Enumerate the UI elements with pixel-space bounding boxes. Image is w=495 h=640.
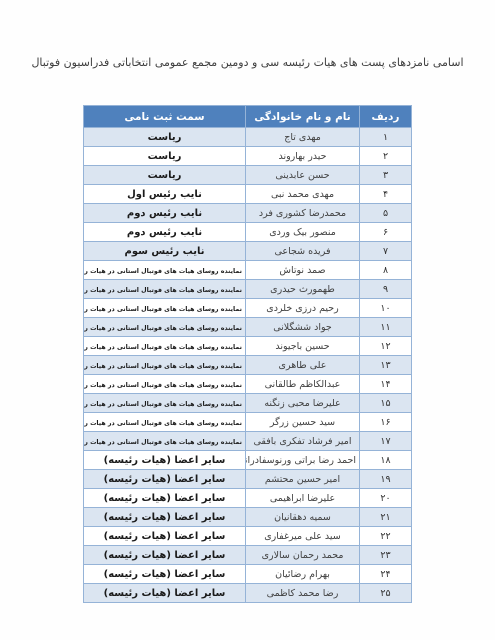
registered-position: ریاست xyxy=(148,170,182,181)
candidate-name: مهدی محمد نبی xyxy=(246,185,360,204)
row-number: ۶ xyxy=(360,223,412,242)
row-number: ۱۳ xyxy=(360,356,412,375)
candidate-name: جواد ششگلانی xyxy=(246,318,360,337)
registered-position: نماینده روسای هیات های فوتبال استانی در … xyxy=(84,382,243,389)
registered-position: ریاست xyxy=(148,151,182,162)
candidate-name: علی طاهری xyxy=(246,356,360,375)
row-number: ۱۷ xyxy=(360,432,412,451)
row-number: ۳ xyxy=(360,166,412,185)
column-header-name: نام و نام خانوادگی xyxy=(246,106,360,128)
registered-position: نایب رئیس دوم xyxy=(127,208,202,219)
candidate-name: حیدر بهاروند xyxy=(246,147,360,166)
candidate-name: سید حسین زرگر xyxy=(246,413,360,432)
column-header-row-number: ردیف xyxy=(360,106,412,128)
registered-position: سایر اعضا (هیات رئیسه) xyxy=(104,531,226,542)
table-row: ۱ مهدی تاج ریاست xyxy=(84,128,412,147)
table-row: ۲۲ سید علی میرغفاری سایر اعضا (هیات رئیس… xyxy=(84,527,412,546)
row-number: ۱۵ xyxy=(360,394,412,413)
row-number: ۲۵ xyxy=(360,584,412,603)
table-row: ۱۲ حسین باجیوند نماینده روسای هیات های ف… xyxy=(84,337,412,356)
candidate-name: طهمورث حیدری xyxy=(246,280,360,299)
row-number: ۴ xyxy=(360,185,412,204)
registered-position: نماینده روسای هیات های فوتبال استانی در … xyxy=(84,363,243,370)
registered-position: سایر اعضا (هیات رئیسه) xyxy=(104,512,226,523)
table-body: ۱ مهدی تاج ریاست ۲ حیدر بهاروند ریاست ۳ … xyxy=(84,128,412,603)
registered-position: سایر اعضا (هیات رئیسه) xyxy=(104,455,226,466)
document-page: اسامی نامزدهای پست های هیات رئیسه سی و د… xyxy=(0,0,495,640)
registered-position: نماینده روسای هیات های فوتبال استانی در … xyxy=(84,401,243,408)
candidate-name: محمد رحمان سالاری xyxy=(246,546,360,565)
candidate-name: امیر حسین محتشم xyxy=(246,470,360,489)
candidates-table: ردیف نام و نام خانوادگی سمت ثبت نامی ۱ م… xyxy=(83,105,412,603)
column-header-position: سمت ثبت نامی xyxy=(84,106,246,128)
candidate-name: صمد نوتاش xyxy=(246,261,360,280)
table-row: ۳ حسن عابدینی ریاست xyxy=(84,166,412,185)
row-number: ۱۱ xyxy=(360,318,412,337)
registered-position: نماینده روسای هیات های فوتبال استانی در … xyxy=(84,439,243,446)
candidate-name: حسن عابدینی xyxy=(246,166,360,185)
row-number: ۱۹ xyxy=(360,470,412,489)
registered-position: نایب رئیس اول xyxy=(127,189,202,200)
table-row: ۱۳ علی طاهری نماینده روسای هیات های فوتب… xyxy=(84,356,412,375)
table-row: ۱۵ علیرضا محبی زنگنه نماینده روسای هیات … xyxy=(84,394,412,413)
table-row: ۲۱ سمیه دهقانیان سایر اعضا (هیات رئیسه) xyxy=(84,508,412,527)
candidate-name: سید علی میرغفاری xyxy=(246,527,360,546)
table-row: ۲۴ بهرام رضائیان سایر اعضا (هیات رئیسه) xyxy=(84,565,412,584)
row-number: ۱۴ xyxy=(360,375,412,394)
table-row: ۱۴ عبدالکاظم طالقانی نماینده روسای هیات … xyxy=(84,375,412,394)
row-number: ۱۲ xyxy=(360,337,412,356)
table-row: ۱۰ رحیم درزی خلردی نماینده روسای هیات ها… xyxy=(84,299,412,318)
registered-position: نایب رئیس دوم xyxy=(127,227,202,238)
registered-position: نماینده روسای هیات های فوتبال استانی در … xyxy=(84,420,243,427)
candidate-name: امیر فرشاد تفکری بافقی xyxy=(246,432,360,451)
table-row: ۲ حیدر بهاروند ریاست xyxy=(84,147,412,166)
registered-position: نماینده روسای هیات های فوتبال استانی در … xyxy=(84,325,243,332)
table-header-row: ردیف نام و نام خانوادگی سمت ثبت نامی xyxy=(84,106,412,128)
candidate-name: رحیم درزی خلردی xyxy=(246,299,360,318)
row-number: ۱۶ xyxy=(360,413,412,432)
table-row: ۸ صمد نوتاش نماینده روسای هیات های فوتبا… xyxy=(84,261,412,280)
table-row: ۱۱ جواد ششگلانی نماینده روسای هیات های ف… xyxy=(84,318,412,337)
table-row: ۶ منصور بیک وردی نایب رئیس دوم xyxy=(84,223,412,242)
table-row: ۱۷ امیر فرشاد تفکری بافقی نماینده روسای … xyxy=(84,432,412,451)
candidate-name: بهرام رضائیان xyxy=(246,565,360,584)
row-number: ۲ xyxy=(360,147,412,166)
registered-position: سایر اعضا (هیات رئیسه) xyxy=(104,588,226,599)
table-row: ۴ مهدی محمد نبی نایب رئیس اول xyxy=(84,185,412,204)
row-number: ۲۱ xyxy=(360,508,412,527)
table-row: ۹ طهمورث حیدری نماینده روسای هیات های فو… xyxy=(84,280,412,299)
row-number: ۲۰ xyxy=(360,489,412,508)
row-number: ۲۳ xyxy=(360,546,412,565)
registered-position: نماینده روسای هیات های فوتبال استانی در … xyxy=(84,287,243,294)
row-number: ۷ xyxy=(360,242,412,261)
candidate-name: حسین باجیوند xyxy=(246,337,360,356)
candidate-name: مهدی تاج xyxy=(246,128,360,147)
registered-position: سایر اعضا (هیات رئیسه) xyxy=(104,493,226,504)
candidate-name: عبدالکاظم طالقانی xyxy=(246,375,360,394)
table-row: ۲۳ محمد رحمان سالاری سایر اعضا (هیات رئی… xyxy=(84,546,412,565)
row-number: ۲۴ xyxy=(360,565,412,584)
table-row: ۷ فریده شجاعی نایب رئیس سوم xyxy=(84,242,412,261)
candidate-name: علیرضا محبی زنگنه xyxy=(246,394,360,413)
table-row: ۱۹ امیر حسین محتشم سایر اعضا (هیات رئیسه… xyxy=(84,470,412,489)
candidate-name: رضا محمد کاظمی xyxy=(246,584,360,603)
row-number: ۲۲ xyxy=(360,527,412,546)
registered-position: نایب رئیس سوم xyxy=(125,246,205,257)
candidate-name: منصور بیک وردی xyxy=(246,223,360,242)
candidate-name: احمد رضا براتی ورنوسفادرانی xyxy=(246,451,360,470)
table-row: ۱۶ سید حسین زرگر نماینده روسای هیات های … xyxy=(84,413,412,432)
registered-position: سایر اعضا (هیات رئیسه) xyxy=(104,474,226,485)
registered-position: نماینده روسای هیات های فوتبال استانی در … xyxy=(84,268,243,275)
candidate-name: محمدرضا کشوری فرد xyxy=(246,204,360,223)
registered-position: سایر اعضا (هیات رئیسه) xyxy=(104,550,226,561)
registered-position: نماینده روسای هیات های فوتبال استانی در … xyxy=(84,306,243,313)
row-number: ۵ xyxy=(360,204,412,223)
candidate-name: سمیه دهقانیان xyxy=(246,508,360,527)
registered-position: ریاست xyxy=(148,132,182,143)
table-row: ۲۵ رضا محمد کاظمی سایر اعضا (هیات رئیسه) xyxy=(84,584,412,603)
candidate-name: علیرضا ابراهیمی xyxy=(246,489,360,508)
row-number: ۱۸ xyxy=(360,451,412,470)
row-number: ۱۰ xyxy=(360,299,412,318)
row-number: ۱ xyxy=(360,128,412,147)
registered-position: سایر اعضا (هیات رئیسه) xyxy=(104,569,226,580)
row-number: ۹ xyxy=(360,280,412,299)
table-row: ۱۸ احمد رضا براتی ورنوسفادرانی سایر اعضا… xyxy=(84,451,412,470)
table-row: ۲۰ علیرضا ابراهیمی سایر اعضا (هیات رئیسه… xyxy=(84,489,412,508)
row-number: ۸ xyxy=(360,261,412,280)
page-title: اسامی نامزدهای پست های هیات رئیسه سی و د… xyxy=(0,56,495,69)
candidate-name: فریده شجاعی xyxy=(246,242,360,261)
table-row: ۵ محمدرضا کشوری فرد نایب رئیس دوم xyxy=(84,204,412,223)
registered-position: نماینده روسای هیات های فوتبال استانی در … xyxy=(84,344,243,351)
